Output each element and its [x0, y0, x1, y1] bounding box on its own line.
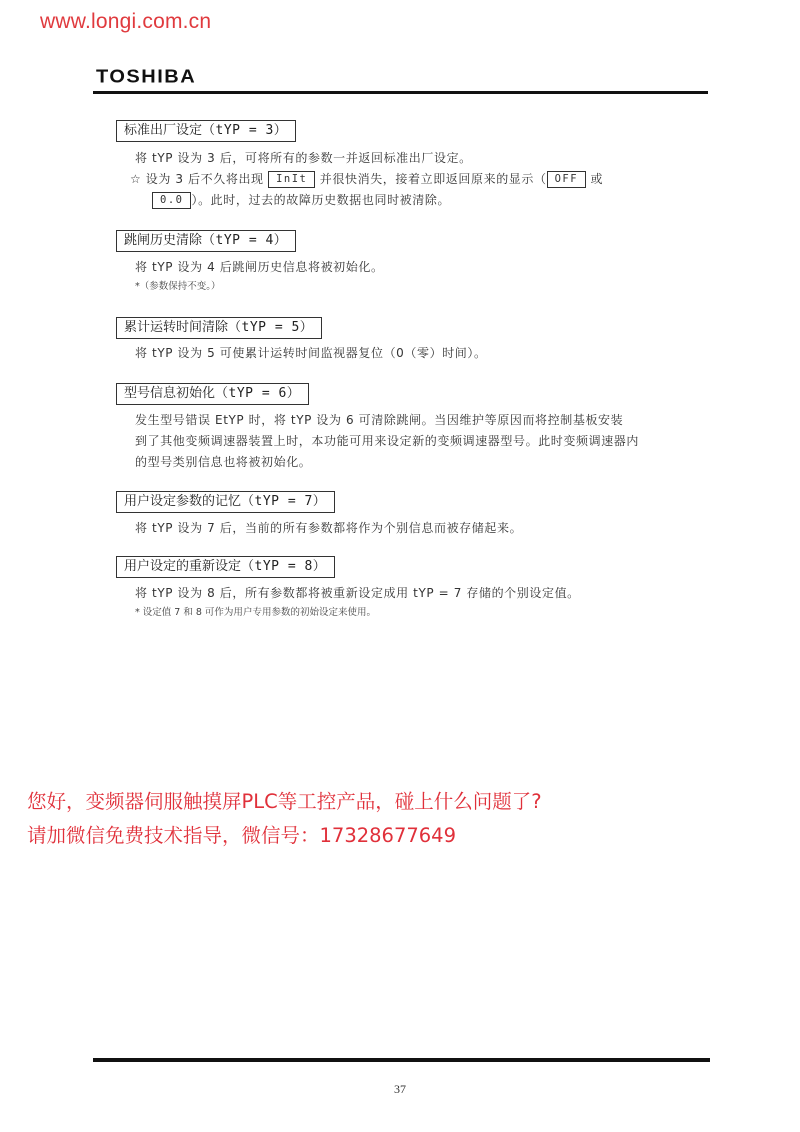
note-text: 设为 3 后不久将出现 — [146, 172, 264, 186]
body-text: 到了其他变频调速器装置上时，本功能可用来设定新的变频调速器型号。此时变频调速器内 — [135, 431, 639, 452]
section-title: 标准出厂设定（tYP = 3） — [116, 120, 296, 142]
note-text: 或 — [591, 172, 604, 186]
section-title-text: 标准出厂设定 — [124, 123, 202, 138]
section-title-code: （tYP = 7） — [241, 494, 326, 509]
section-title-code: （tYP = 5） — [228, 320, 313, 335]
section-title-text: 跳闸历史清除 — [124, 233, 202, 248]
body-text: 发生型号错误 EtYP 时，将 tYP 设为 6 可清除跳闸。当因维护等原因而将… — [135, 410, 639, 431]
section-title: 累计运转时间清除（tYP = 5） — [116, 317, 322, 339]
advert-line-1: 您好，变频器伺服触摸屏PLC等工控产品，碰上什么问题了? — [27, 786, 542, 814]
section-title: 用户设定参数的记忆（tYP = 7） — [116, 491, 335, 513]
body-text: 将 tYP 设为 4 后跳闸历史信息将被初始化。 — [135, 257, 384, 278]
section-title-code: （tYP = 8） — [241, 559, 326, 574]
note-text: ）。此时，过去的故障历史数据也同时被清除。 — [191, 193, 450, 207]
section-title-code: （tYP = 6） — [215, 386, 300, 401]
watermark-url[interactable]: www.longi.com.cn — [40, 10, 211, 34]
advert-line-2: 请加微信免费技术指导，微信号：17328677649 — [27, 820, 456, 848]
section-title-code: （tYP = 3） — [202, 123, 287, 138]
section-title-text: 累计运转时间清除 — [124, 320, 228, 335]
section-model-init: 型号信息初始化（tYP = 6） 发生型号错误 EtYP 时，将 tYP 设为 … — [116, 382, 639, 473]
body-text: 将 tYP 设为 7 后，当前的所有参数都将作为个别信息而被存储起来。 — [135, 518, 522, 539]
body-text: 将 tYP 设为 8 后，所有参数都将被重新设定成用 tYP = 7 存储的个别… — [135, 583, 580, 604]
footer-rule — [93, 1058, 710, 1062]
section-title: 型号信息初始化（tYP = 6） — [116, 383, 309, 405]
section-trip-history-clear: 跳闸历史清除（tYP = 4） 将 tYP 设为 4 后跳闸历史信息将被初始化。… — [116, 229, 384, 296]
section-user-reset: 用户设定的重新设定（tYP = 8） 将 tYP 设为 8 后，所有参数都将被重… — [116, 555, 580, 622]
lcd-display-zero: 0.0 — [152, 192, 191, 209]
section-title-text: 用户设定参数的记忆 — [124, 494, 241, 509]
footnote: * 设定值 7 和 8 可作为用户专用参数的初始设定来使用。 — [135, 604, 580, 622]
body-text: 将 tYP 设为 3 后，可将所有的参数一并返回标准出厂设定。 — [135, 148, 603, 169]
section-title-code: （tYP = 4） — [202, 233, 287, 248]
page-number: 37 — [0, 1082, 800, 1097]
star-note-cont: 0.0）。此时，过去的故障历史数据也同时被清除。 — [152, 190, 603, 211]
section-runtime-clear: 累计运转时间清除（tYP = 5） 将 tYP 设为 5 可使累计运转时间监视器… — [116, 316, 487, 364]
section-title: 跳闸历史清除（tYP = 4） — [116, 230, 296, 252]
body-text: 将 tYP 设为 5 可使累计运转时间监视器复位（0（零）时间）。 — [135, 343, 487, 364]
section-user-param-memory: 用户设定参数的记忆（tYP = 7） 将 tYP 设为 7 后，当前的所有参数都… — [116, 490, 522, 539]
note-text: 并很快消失，接着立即返回原来的显示（ — [320, 172, 547, 186]
header-rule — [93, 91, 708, 94]
lcd-display-init: InIt — [268, 171, 315, 188]
footnote: *（参数保持不变。） — [135, 278, 384, 296]
section-title-text: 用户设定的重新设定 — [124, 559, 241, 574]
section-title-text: 型号信息初始化 — [124, 386, 215, 401]
body-text: 的型号类别信息也将被初始化。 — [135, 452, 639, 473]
brand-logo: TOSHIBA — [96, 67, 196, 88]
lcd-display-off: OFF — [547, 171, 586, 188]
section-title: 用户设定的重新设定（tYP = 8） — [116, 556, 335, 578]
star-note: ☆ 设为 3 后不久将出现 InIt 并很快消失，接着立即返回原来的显示（OFF… — [130, 169, 603, 190]
section-factory-default: 标准出厂设定（tYP = 3） 将 tYP 设为 3 后，可将所有的参数一并返回… — [116, 119, 603, 211]
star-icon: ☆ — [130, 172, 141, 186]
